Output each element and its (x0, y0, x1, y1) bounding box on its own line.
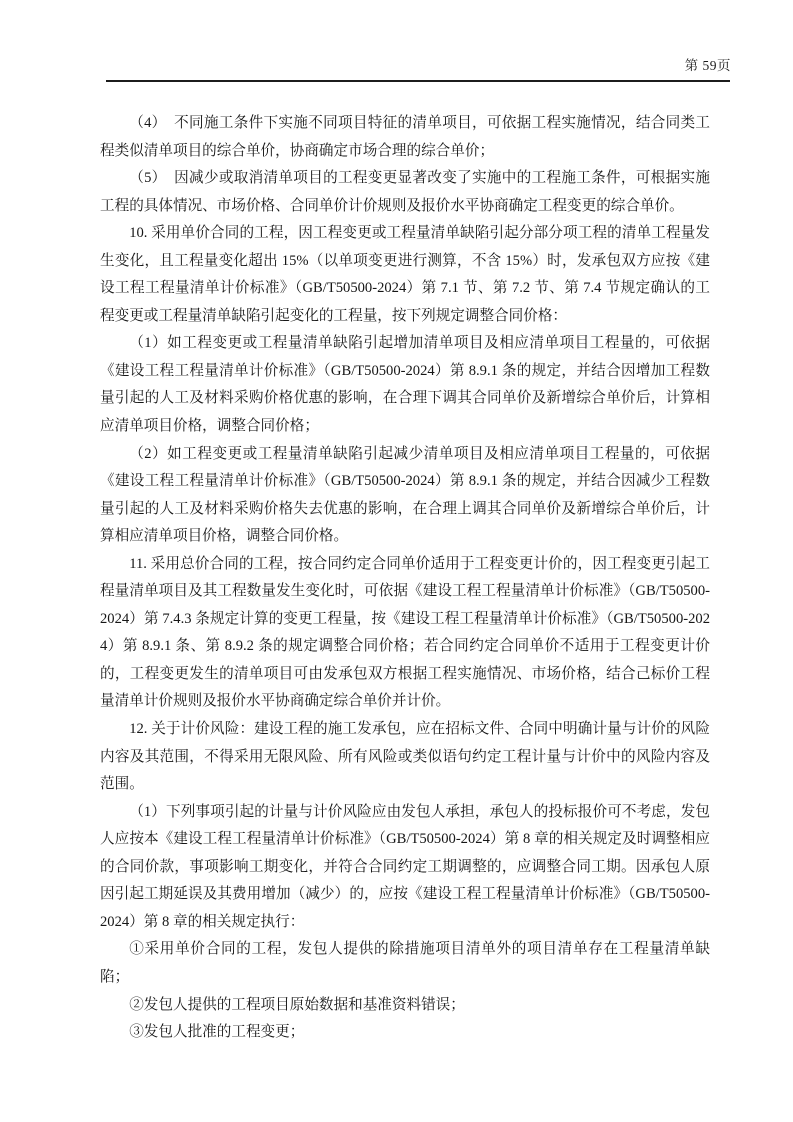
paragraph-11: 11. 采用总价合同的工程，按合同约定合同单价适用于工程变更计价的，因工程变更引… (100, 551, 710, 716)
list-item-circled-2: ②发包人提供的工程项目原始数据和基准资料错误； (100, 992, 710, 1020)
header-rule (106, 80, 730, 82)
paragraph-12-sub-1: （1）下列事项引起的计量与计价风险应由发包人承担，承包人的投标报价可不考虑，发包… (100, 799, 710, 937)
paragraph-10: 10. 采用单价合同的工程，因工程变更或工程量清单缺陷引起分部分项工程的清单工程… (100, 220, 710, 330)
paragraph-item-4: （4） 不同施工条件下实施不同项目特征的清单项目，可依据工程实施情况，结合同类工… (100, 110, 710, 165)
paragraph-item-5: （5） 因减少或取消清单项目的工程变更显著改变了实施中的工程施工条件，可根据实施… (100, 165, 710, 220)
paragraph-10-sub-2: （2）如工程变更或工程量清单缺陷引起减少清单项目及相应清单项目工程量的，可依据《… (100, 441, 710, 551)
paragraph-10-sub-1: （1）如工程变更或工程量清单缺陷引起增加清单项目及相应清单项目工程量的，可依据《… (100, 330, 710, 440)
paragraph-12: 12. 关于计价风险：建设工程的施工发承包，应在招标文件、合同中明确计量与计价的… (100, 716, 710, 799)
list-item-circled-3: ③发包人批准的工程变更； (100, 1019, 710, 1047)
page-number: 第 59页 (685, 57, 731, 75)
document-body: （4） 不同施工条件下实施不同项目特征的清单项目，可依据工程实施情况，结合同类工… (100, 110, 710, 1047)
list-item-circled-1: ①采用单价合同的工程，发包人提供的除措施项目清单外的项目清单存在工程量清单缺陷； (100, 936, 710, 991)
document-page: 第 59页 （4） 不同施工条件下实施不同项目特征的清单项目，可依据工程实施情况… (0, 0, 793, 1122)
